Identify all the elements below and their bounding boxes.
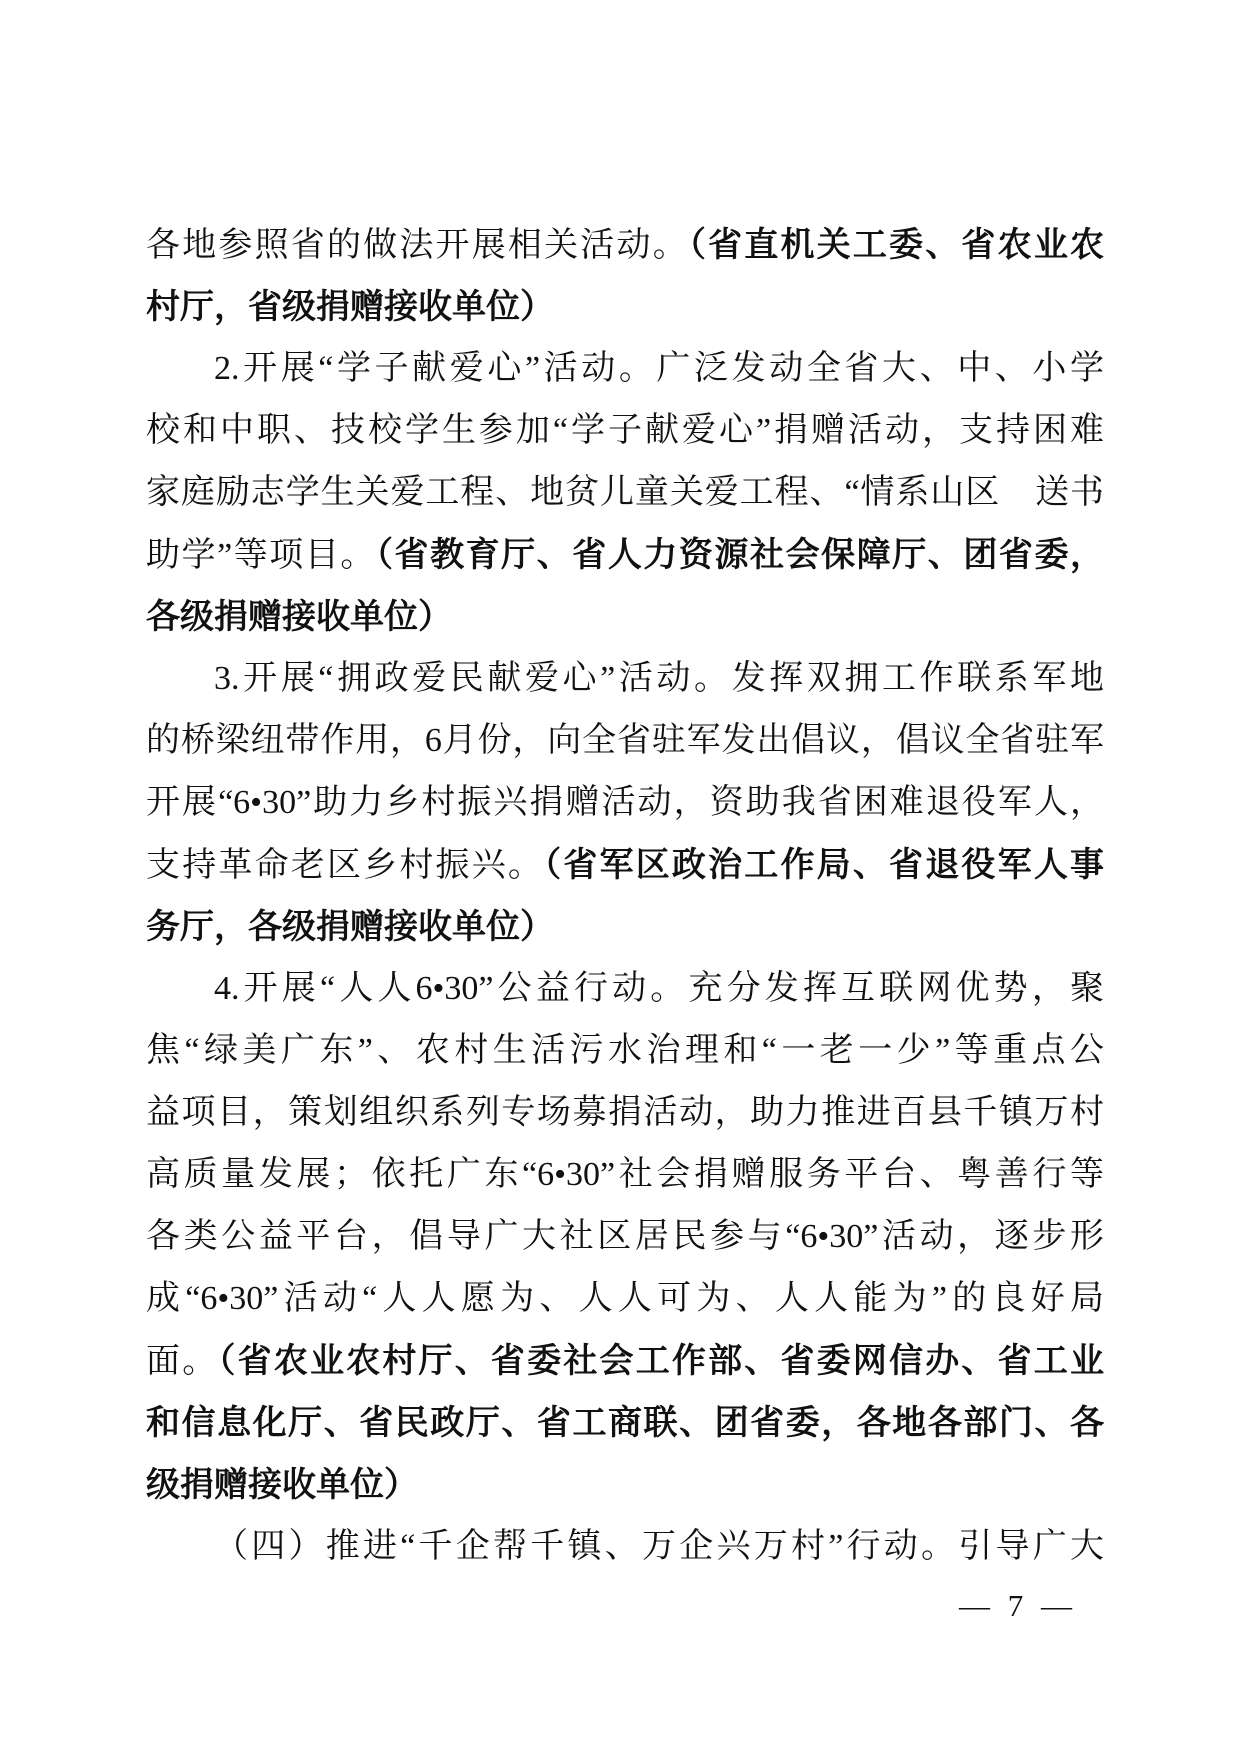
page-number: — 7 — — [959, 1586, 1077, 1626]
body-text: 助学”等项目。 — [146, 537, 376, 574]
responsible-unit-annotation: （省教育厅、省人力资源社会保障厅、团省委， — [376, 536, 1104, 574]
responsible-unit-annotation: 各级捐赠接收单位） — [146, 598, 452, 636]
body-text: 支持革命老区乡村振兴。 — [146, 847, 544, 884]
body-text: 益项目，策划组织系列专场募捐活动，助力推进百县千镇万村 — [146, 1094, 1104, 1131]
text-line: 面。（省农业农村厅、省委社会工作部、省委网信办、省工业 — [146, 1330, 1104, 1392]
body-text: 面。 — [146, 1343, 218, 1380]
text-line: 村厅，省级捐赠接收单位） — [146, 276, 1104, 338]
body-text: 高质量发展；依托广东“6•30”社会捐赠服务平台、粤善行等 — [146, 1156, 1104, 1193]
text-line: 焦“绿美广东”、农村生活污水治理和“一老一少”等重点公 — [146, 1020, 1104, 1082]
responsible-unit-annotation: （省军区政治工作局、省退役军人事 — [544, 846, 1104, 884]
text-line: 3.开展“拥政爱民献爱心”活动。发挥双拥工作联系军地 — [146, 648, 1104, 710]
text-line: 校和中职、技校学生参加“学子献爱心”捐赠活动，支持困难 — [146, 400, 1104, 462]
document-body: 各地参照省的做法开展相关活动。（省直机关工委、省农业农村厅，省级捐赠接收单位）2… — [146, 214, 1104, 1578]
body-text: 各地参照省的做法开展相关活动。 — [146, 227, 689, 264]
text-line: 4.开展“人人6•30”公益行动。充分发挥互联网优势，聚 — [146, 958, 1104, 1020]
text-line: 务厅，各级捐赠接收单位） — [146, 896, 1104, 958]
body-text: 成“6•30”活动“人人愿为、人人可为、人人能为”的良好局 — [146, 1280, 1104, 1317]
text-line: （四）推进“千企帮千镇、万企兴万村”行动。引导广大 — [146, 1516, 1104, 1578]
body-text: 的桥梁纽带作用，6月份，向全省驻军发出倡议，倡议全省驻军 — [146, 722, 1104, 759]
text-line: 级捐赠接收单位） — [146, 1454, 1104, 1516]
text-line: 成“6•30”活动“人人愿为、人人可为、人人能为”的良好局 — [146, 1268, 1104, 1330]
text-line: 开展“6•30”助力乡村振兴捐赠活动，资助我省困难退役军人， — [146, 772, 1104, 834]
text-line: 高质量发展；依托广东“6•30”社会捐赠服务平台、粤善行等 — [146, 1144, 1104, 1206]
body-text: 4.开展“人人6•30”公益行动。充分发挥互联网优势，聚 — [214, 970, 1104, 1007]
body-text: 各类公益平台，倡导广大社区居民参与“6•30”活动，逐步形 — [146, 1218, 1104, 1255]
text-line: 各级捐赠接收单位） — [146, 586, 1104, 648]
body-text: 开展“6•30”助力乡村振兴捐赠活动，资助我省困难退役军人， — [146, 784, 1104, 821]
text-line: 2.开展“学子献爱心”活动。广泛发动全省大、中、小学 — [146, 338, 1104, 400]
document-page: 各地参照省的做法开展相关活动。（省直机关工委、省农业农村厅，省级捐赠接收单位）2… — [0, 0, 1241, 1755]
responsible-unit-annotation: 务厅，各级捐赠接收单位） — [146, 908, 554, 946]
body-text: 校和中职、技校学生参加“学子献爱心”捐赠活动，支持困难 — [146, 412, 1104, 449]
responsible-unit-annotation: 村厅，省级捐赠接收单位） — [146, 288, 554, 326]
responsible-unit-annotation: 和信息化厅、省民政厅、省工商联、团省委，各地各部门、各 — [146, 1404, 1104, 1442]
subheading-text: （四）推进“千企帮千镇、万企兴万村”行动。 — [214, 1528, 958, 1565]
body-text: 3.开展“拥政爱民献爱心”活动。发挥双拥工作联系军地 — [214, 660, 1104, 697]
responsible-unit-annotation: （省农业农村厅、省委社会工作部、省委网信办、省工业 — [218, 1342, 1104, 1380]
text-line: 各类公益平台，倡导广大社区居民参与“6•30”活动，逐步形 — [146, 1206, 1104, 1268]
text-line: 助学”等项目。（省教育厅、省人力资源社会保障厅、团省委， — [146, 524, 1104, 586]
text-line: 的桥梁纽带作用，6月份，向全省驻军发出倡议，倡议全省驻军 — [146, 710, 1104, 772]
body-text: 焦“绿美广东”、农村生活污水治理和“一老一少”等重点公 — [146, 1032, 1104, 1069]
body-text: 2.开展“学子献爱心”活动。广泛发动全省大、中、小学 — [214, 350, 1104, 387]
text-line: 支持革命老区乡村振兴。（省军区政治工作局、省退役军人事 — [146, 834, 1104, 896]
body-text: 家庭励志学生关爱工程、地贫儿童关爱工程、“情系山区 送书 — [146, 474, 1104, 511]
body-text: 引导广大 — [958, 1528, 1104, 1565]
text-line: 和信息化厅、省民政厅、省工商联、团省委，各地各部门、各 — [146, 1392, 1104, 1454]
text-line: 家庭励志学生关爱工程、地贫儿童关爱工程、“情系山区 送书 — [146, 462, 1104, 524]
text-line: 益项目，策划组织系列专场募捐活动，助力推进百县千镇万村 — [146, 1082, 1104, 1144]
responsible-unit-annotation: 级捐赠接收单位） — [146, 1466, 418, 1504]
text-line: 各地参照省的做法开展相关活动。（省直机关工委、省农业农 — [146, 214, 1104, 276]
responsible-unit-annotation: （省直机关工委、省农业农 — [689, 226, 1104, 264]
